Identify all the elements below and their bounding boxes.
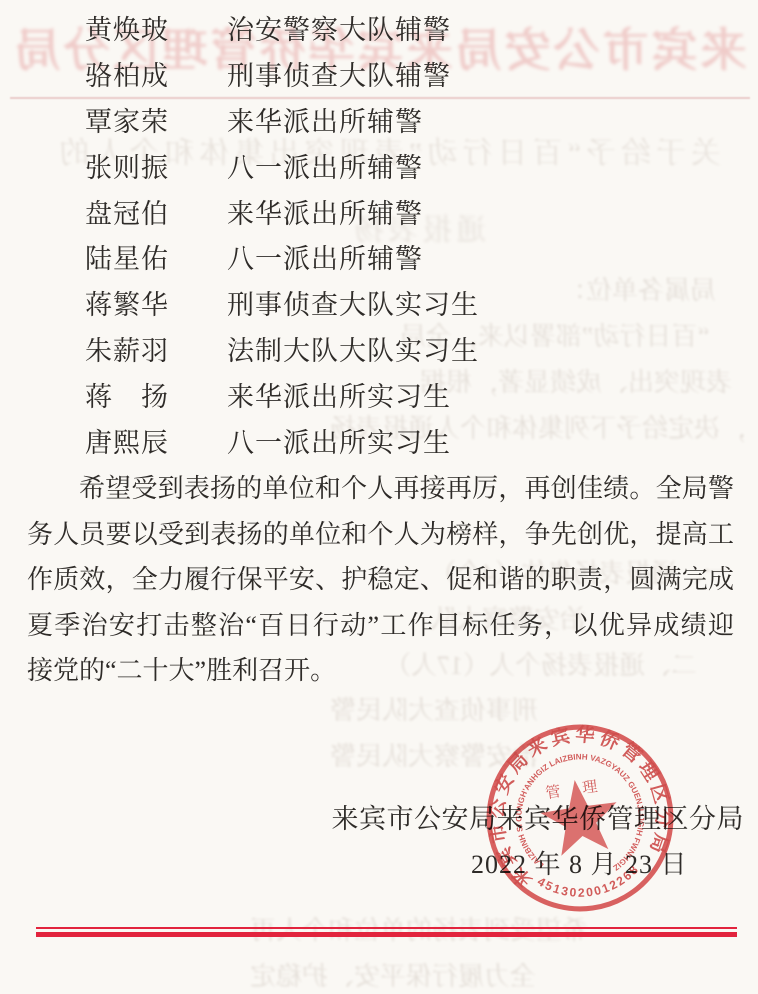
person-unit: 八一派出所辅警 xyxy=(227,244,423,274)
paragraph-line: 务人员要以受到表扬的单位和个人为榜样，争先创优，提高工 xyxy=(27,514,734,560)
closing-paragraph: 希望受到表扬的单位和个人再接再厉，再创佳绩。全局警 务人员要以受到表扬的单位和个… xyxy=(27,468,734,696)
roster-row: 蒋 扬 来华派出所实习生 xyxy=(85,382,479,428)
paragraph-line: 作质效，全力履行保平安、护稳定、促和谐的职责，圆满完成 xyxy=(27,559,734,605)
roster-row: 盘冠伯 来华派出所辅警 xyxy=(85,199,479,245)
roster-row: 蒋繁华 刑事侦查大队实习生 xyxy=(85,290,479,336)
person-name: 蒋繁华 xyxy=(85,290,227,320)
scanned-document-page: 来宾市公安局来宾华侨管理区分局 关于给予“百日行动”表现突出集体和个人的 通报表… xyxy=(0,0,758,994)
paragraph-line: 接党的“二十大”胜利召开。 xyxy=(27,650,734,696)
person-name: 朱薪羽 xyxy=(85,336,227,366)
footer-rule-thick-line xyxy=(36,932,737,937)
roster-row: 覃家荣 来华派出所辅警 xyxy=(85,107,479,153)
person-unit: 来华派出所辅警 xyxy=(227,199,423,229)
person-name: 陆星佑 xyxy=(85,244,227,274)
roster-row: 朱薪羽 法制大队大队实习生 xyxy=(85,336,479,382)
person-unit: 法制大队大队实习生 xyxy=(227,336,479,366)
paragraph-line: 夏季治安打击整治“百日行动”工作目标任务，以优异成绩迎 xyxy=(27,605,734,651)
bleedthrough-line: 全力履行保平安、护稳定 xyxy=(250,956,536,993)
commended-personnel-list: 黄焕玻 治安警察大队辅警 骆柏成 刑事侦查大队辅警 覃家荣 来华派出所辅警 张则… xyxy=(85,15,479,474)
person-unit: 来华派出所辅警 xyxy=(227,107,423,137)
roster-row: 骆柏成 刑事侦查大队辅警 xyxy=(85,61,479,107)
official-red-seal: 来宾市公安局来宾华侨管理区分局 LAIZBINH SI GUNGH'ANHGIZ… xyxy=(466,704,694,932)
roster-row: 黄焕玻 治安警察大队辅警 xyxy=(85,15,479,61)
person-name: 黄焕玻 xyxy=(85,15,227,45)
bleedthrough-line: 局属各单位： xyxy=(560,270,716,307)
person-unit: 来华派出所实习生 xyxy=(227,382,451,412)
roster-row: 张则振 八一派出所辅警 xyxy=(85,153,479,199)
person-name: 盘冠伯 xyxy=(85,199,227,229)
paragraph-line: 希望受到表扬的单位和个人再接再厉，再创佳绩。全局警 xyxy=(27,468,734,514)
person-name: 蒋 扬 xyxy=(85,382,227,412)
seal-number-text: 4513020012268 xyxy=(533,860,645,906)
person-unit: 治安警察大队辅警 xyxy=(227,15,451,45)
footer-double-rule xyxy=(36,927,737,937)
person-unit: 八一派出所辅警 xyxy=(227,153,423,183)
person-name: 唐熙辰 xyxy=(85,428,227,458)
person-name: 张则振 xyxy=(85,153,227,183)
person-name: 骆柏成 xyxy=(85,61,227,91)
person-name: 覃家荣 xyxy=(85,107,227,137)
person-unit: 刑事侦查大队实习生 xyxy=(227,290,479,320)
roster-row: 陆星佑 八一派出所辅警 xyxy=(85,244,479,290)
person-unit: 刑事侦查大队辅警 xyxy=(227,61,451,91)
person-unit: 八一派出所实习生 xyxy=(227,428,451,458)
